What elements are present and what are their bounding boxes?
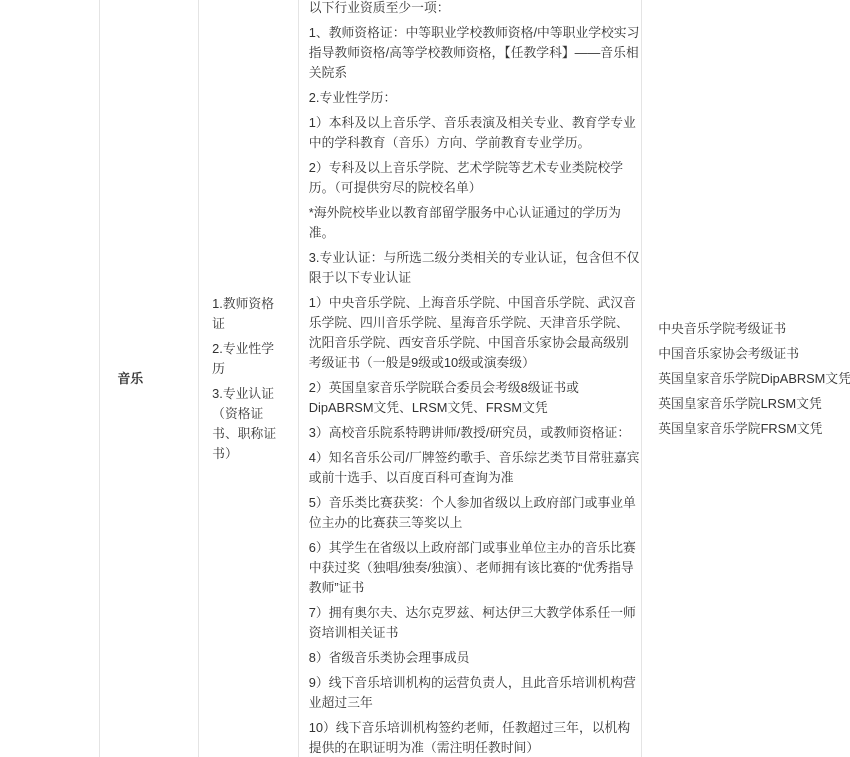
requirement-paragraph: *海外院校毕业以教育部留学服务中心认证通过的学历为准。 [309, 203, 641, 243]
certificate-item: 英国皇家音乐学院FRSM文凭 [658, 419, 850, 439]
table-cell-category: 音乐 [100, 0, 200, 757]
requirement-paragraph: 1）本科及以上音乐学、音乐表演及相关专业、教育学专业中的学科教育（音乐）方向、学… [309, 113, 641, 153]
category-label: 音乐 [118, 369, 199, 389]
certificate-item: 英国皇家音乐学院DipABRSM文凭 [658, 369, 850, 389]
requirement-paragraph: 4）知名音乐公司/厂牌签约歌手、音乐综艺类节目常驻嘉宾或前十选手、以百度百科可查… [309, 448, 641, 488]
requirement-paragraph: 以下行业资质至少一项： [309, 0, 641, 18]
requirement-paragraph: 5）音乐类比赛获奖：个人参加省级以上政府部门或事业单位主办的比赛获三等奖以上 [309, 493, 641, 533]
requirements-text: 以下行业资质至少一项：1、教师资格证：中等职业学校教师资格/中等职业学校实习指导… [309, 0, 641, 757]
certificate-item: 中央音乐学院考级证书 [658, 319, 850, 339]
summary-item: 2.专业性学历 [212, 339, 285, 379]
table-cell-requirements: 以下行业资质至少一项：1、教师资格证：中等职业学校教师资格/中等职业学校实习指导… [299, 0, 642, 757]
requirement-paragraph: 1）中央音乐学院、上海音乐学院、中国音乐学院、武汉音乐学院、四川音乐学院、星海音… [309, 293, 641, 373]
qualification-table: 音乐 1.教师资格证2.专业性学历3.专业认证（资格证书、职称证书） 以下行业资… [0, 0, 850, 757]
requirement-paragraph: 3.专业认证：与所选二级分类相关的专业认证，包含但不仅限于以下专业认证 [309, 248, 641, 288]
requirement-paragraph: 3）高校音乐院系特聘讲师/教授/研究员，或教师资格证： [309, 423, 641, 443]
certificates-list: 中央音乐学院考级证书中国音乐家协会考级证书英国皇家音乐学院DipABRSM文凭英… [658, 314, 850, 444]
summary-list: 1.教师资格证2.专业性学历3.专业认证（资格证书、职称证书） [212, 289, 285, 469]
requirement-paragraph: 2）英国皇家音乐学院联合委员会考级8级证书或DipABRSM文凭、LRSM文凭、… [309, 378, 641, 418]
table-cell-summary: 1.教师资格证2.专业性学历3.专业认证（资格证书、职称证书） [199, 0, 299, 757]
requirement-paragraph: 9）线下音乐培训机构的运营负责人，且此音乐培训机构营业超过三年 [309, 673, 641, 713]
requirement-paragraph: 10）线下音乐培训机构签约老师，任教超过三年，以机构提供的在职证明为准（需注明任… [309, 718, 641, 757]
certificate-item: 英国皇家音乐学院LRSM文凭 [658, 394, 850, 414]
certificate-item: 中国音乐家协会考级证书 [658, 344, 850, 364]
table-cell-empty [0, 0, 100, 757]
requirement-paragraph: 2.专业性学历： [309, 88, 641, 108]
requirement-paragraph: 2）专科及以上音乐学院、艺术学院等艺术专业类院校学历。（可提供穷尽的院校名单） [309, 158, 641, 198]
requirement-paragraph: 6）其学生在省级以上政府部门或事业单位主办的音乐比赛中获过奖（独唱/独奏/独演）… [309, 538, 641, 598]
table-cell-certificates: 中央音乐学院考级证书中国音乐家协会考级证书英国皇家音乐学院DipABRSM文凭英… [642, 0, 850, 757]
summary-item: 1.教师资格证 [212, 294, 285, 334]
requirement-paragraph: 7）拥有奥尔夫、达尔克罗兹、柯达伊三大教学体系任一师资培训相关证书 [309, 603, 641, 643]
requirement-paragraph: 1、教师资格证：中等职业学校教师资格/中等职业学校实习指导教师资格/高等学校教师… [309, 23, 641, 83]
requirement-paragraph: 8）省级音乐类协会理事成员 [309, 648, 641, 668]
summary-item: 3.专业认证（资格证书、职称证书） [212, 384, 285, 464]
